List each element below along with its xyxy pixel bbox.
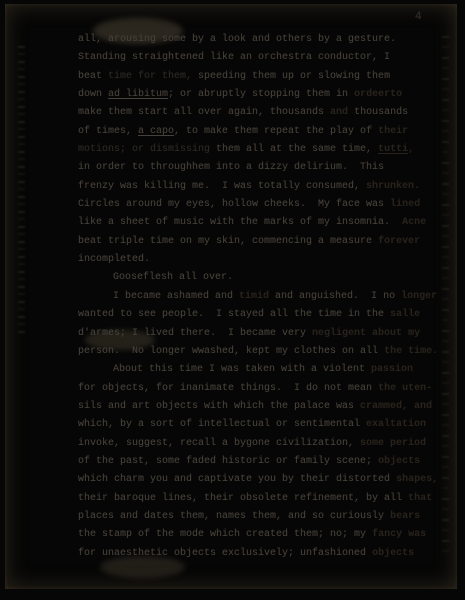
text-segment: longer [401, 291, 437, 302]
text-line: of times, a capo, to make them repeat th… [78, 123, 438, 141]
text-segment: like a sheet of music with the marks of … [78, 217, 402, 228]
text-line: the stamp of the mode which created them… [78, 526, 438, 544]
text-segment: ; or abruptly stopping them in [168, 89, 354, 100]
text-segment: beat [78, 71, 108, 82]
typescript-page: 4 all, arousing some by a look and other… [5, 4, 457, 589]
text-segment: forever [378, 236, 420, 247]
text-line: for objects, for inanimate things. I do … [78, 380, 438, 398]
text-line: Circles around my eyes, hollow cheeks. M… [78, 196, 438, 214]
text-segment: objects [378, 456, 420, 467]
text-segment: thousands [348, 107, 408, 118]
text-segment: I became ashamed and [113, 291, 239, 302]
text-segment: negligent about my [312, 328, 420, 339]
text-segment: them all at the same time, [210, 144, 378, 155]
text-line: their baroque lines, their obsolete refi… [78, 490, 438, 508]
text-line: in order to throughhem into a dizzy deli… [78, 159, 438, 177]
text-line: all, arousing some by a look and others … [78, 31, 438, 49]
text-segment: person. No longer wwashed, kept my cloth… [78, 346, 384, 357]
text-segment: Standing straightened like an orchestra … [78, 52, 390, 63]
text-segment: timid [239, 291, 269, 302]
text-segment: lined [390, 199, 420, 210]
text-segment: for unaesthetic objects exclusively; unf… [78, 548, 372, 559]
text-segment: the time. [384, 346, 438, 357]
text-segment: tutti [378, 144, 408, 155]
text-line: sils and art objects with which the pala… [78, 398, 438, 416]
text-line: Gooseflesh all over. [78, 269, 438, 287]
text-segment: which charm you and captivate you by the… [78, 474, 396, 485]
text-segment: bears [390, 511, 420, 522]
text-line: wanted to see people. I stayed all the t… [78, 306, 438, 324]
text-segment: for objects, for inanimate things. I do … [78, 383, 378, 394]
text-line: beat triple time on my skin, commencing … [78, 233, 438, 251]
text-line: I became ashamed and timid and anguished… [78, 288, 438, 306]
typescript-text: all, arousing some by a look and others … [78, 31, 438, 563]
text-segment: Gooseflesh all over. [113, 272, 233, 283]
text-segment: objects [372, 548, 414, 559]
text-segment: and anguished. I no [269, 291, 401, 302]
text-segment: the stamp of the mode which created them… [78, 529, 372, 540]
text-segment: d'armes; I lived there. I became very [78, 328, 312, 339]
text-segment: the uten- [378, 383, 432, 394]
text-segment: ordeerto [354, 89, 402, 100]
text-line: incompleted. [78, 251, 438, 269]
text-segment: down [78, 89, 108, 100]
text-segment: ad libitum [108, 89, 168, 100]
text-segment: crammed, and [360, 401, 432, 412]
text-segment: , to make them repeat the play of [174, 126, 378, 137]
text-segment: Circles around my eyes, hollow cheeks. M… [78, 199, 390, 210]
text-segment: passion [371, 364, 413, 375]
bleedthrough-marks-right [442, 36, 449, 556]
text-line: make them start all over again, thousand… [78, 104, 438, 122]
text-segment: of the past, some faded historic or fami… [78, 456, 378, 467]
text-line: motions; or dismissing them all at the s… [78, 141, 438, 159]
text-segment: shapes, [396, 474, 438, 485]
text-segment: a capo [138, 126, 174, 137]
text-line: person. No longer wwashed, kept my cloth… [78, 343, 438, 361]
text-line: d'armes; I lived there. I became very ne… [78, 325, 438, 343]
photo-frame: 4 all, arousing some by a look and other… [0, 0, 465, 600]
text-segment: About this time I was taken with a viole… [113, 364, 371, 375]
text-line: down ad libitum; or abruptly stopping th… [78, 86, 438, 104]
text-segment: and [330, 107, 348, 118]
text-segment: incompleted. [78, 254, 150, 265]
text-segment: frenzy was killing me. I was totally con… [78, 181, 366, 192]
text-segment: sils and art objects with which the pala… [78, 401, 360, 412]
text-line: of the past, some faded historic or fami… [78, 453, 438, 471]
text-line: frenzy was killing me. I was totally con… [78, 178, 438, 196]
text-segment: beat triple time on my skin, commencing … [78, 236, 378, 247]
text-segment: places and dates them, names them, and s… [78, 511, 390, 522]
text-segment: exaltation [366, 419, 426, 430]
text-line: About this time I was taken with a viole… [78, 361, 438, 379]
text-segment: , [408, 144, 414, 155]
text-segment: all, arousing some by a look and others … [78, 34, 396, 45]
text-line: places and dates them, names them, and s… [78, 508, 438, 526]
text-segment: in order to throughhem into a dizzy deli… [78, 162, 384, 173]
text-segment: some period [360, 438, 426, 449]
text-segment: their [378, 126, 408, 137]
text-line: for unaesthetic objects exclusively; unf… [78, 545, 438, 563]
page-number: 4 [415, 11, 422, 23]
text-line: which charm you and captivate you by the… [78, 471, 438, 489]
text-segment: of times, [78, 126, 138, 137]
text-segment: motions; or dismissing [78, 144, 210, 155]
text-segment: shrunken. [366, 181, 420, 192]
text-line: which, by a sort of intellectual or sent… [78, 416, 438, 434]
text-line: Standing straightened like an orchestra … [78, 49, 438, 67]
text-line: like a sheet of music with the marks of … [78, 214, 438, 232]
text-segment: that [408, 493, 432, 504]
text-segment: time for them, [108, 71, 192, 82]
text-segment: speeding them up or slowing them [192, 71, 390, 82]
text-segment: fancy was [372, 529, 426, 540]
text-segment: invoke, suggest, recall a bygone civiliz… [78, 438, 360, 449]
text-segment: their baroque lines, their obsolete refi… [78, 493, 408, 504]
text-segment: wanted to see people. I stayed all the t… [78, 309, 390, 320]
bleedthrough-marks-left [18, 46, 25, 336]
text-segment: salle [390, 309, 420, 320]
text-segment: Acne [402, 217, 426, 228]
text-segment: which, by a sort of intellectual or sent… [78, 419, 366, 430]
text-line: beat time for them, speeding them up or … [78, 68, 438, 86]
text-segment: make them start all over again, thousand… [78, 107, 330, 118]
text-line: invoke, suggest, recall a bygone civiliz… [78, 435, 438, 453]
